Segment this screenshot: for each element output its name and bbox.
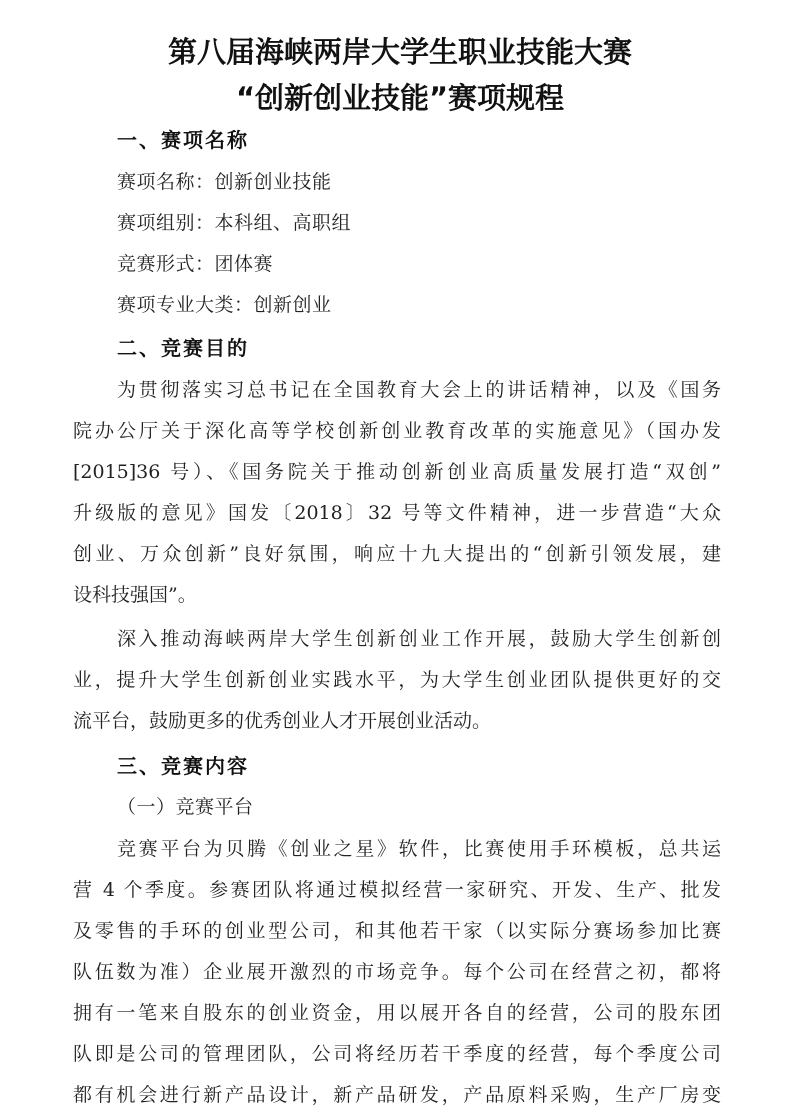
paragraph-line: 拥有一笔来自股东的创业资金，用以展开各自的经营，公司的股东团	[73, 998, 721, 1025]
paragraph-line: 及零售的手环的创业型公司，和其他若干家（以实际分赛场参加比赛	[73, 916, 721, 943]
paragraph-line: 营 4 个季度。参赛团队将通过模拟经营一家研究、开发、生产、批发	[73, 875, 721, 902]
document-title-line2: “创新创业技能”赛项规程	[0, 76, 800, 117]
field-event-group: 赛项组别：本科组、高职组	[117, 208, 351, 235]
field-event-name: 赛项名称：创新创业技能	[117, 167, 332, 194]
paragraph-line: 队伍数为准）企业展开激烈的市场竞争。每个公司在经营之初，都将	[73, 957, 721, 984]
field-major-category: 赛项专业大类：创新创业	[117, 290, 332, 317]
paragraph-line: 升级版的意见》国发〔2018〕32 号等文件精神，进一步营造“大众	[73, 498, 721, 525]
section1-heading: 一、赛项名称	[117, 124, 249, 153]
paragraph-line: 竞赛平台为贝腾《创业之星》软件，比赛使用手环模板，总共运	[117, 834, 721, 861]
paragraph-line: 深入推动海峡两岸大学生创新创业工作开展，鼓励大学生创新创	[117, 624, 721, 651]
paragraph-line: 流平台，鼓励更多的优秀创业人才开展创业活动。	[73, 706, 721, 733]
section3-heading: 三、竞赛内容	[117, 750, 249, 779]
paragraph-line: 为贯彻落实习总书记在全国教育大会上的讲话精神，以及《国务	[117, 375, 721, 402]
paragraph-line: 都有机会进行新产品设计，新产品研发，产品原料采购，生产厂房变	[73, 1080, 721, 1107]
paragraph-line: 业，提升大学生创新创业实践水平，为大学生创业团队提供更好的交	[73, 665, 721, 692]
paragraph-line: 创业、万众创新”良好氛围，响应十九大提出的“创新引领发展，建	[73, 539, 721, 566]
paragraph-line: 院办公厅关于深化高等学校创新创业教育改革的实施意见》（国办发	[73, 416, 721, 443]
section2-heading: 二、竞赛目的	[117, 332, 249, 361]
paragraph-line: [2015]36 号）、《国务院关于推动创新创业高质量发展打造“双创”	[73, 457, 721, 484]
document-page: 第八届海峡两岸大学生职业技能大赛 “创新创业技能”赛项规程 一、赛项名称 赛项名…	[0, 0, 800, 1120]
paragraph-line: 队即是公司的管理团队，公司将经历若干季度的经营，每个季度公司	[73, 1039, 721, 1066]
paragraph-line: 设科技强国”。	[73, 580, 721, 607]
field-competition-format: 竞赛形式：团体赛	[117, 249, 273, 276]
document-title-line1: 第八届海峡两岸大学生职业技能大赛	[0, 30, 800, 71]
section3-subheading: （一）竞赛平台	[117, 792, 254, 819]
